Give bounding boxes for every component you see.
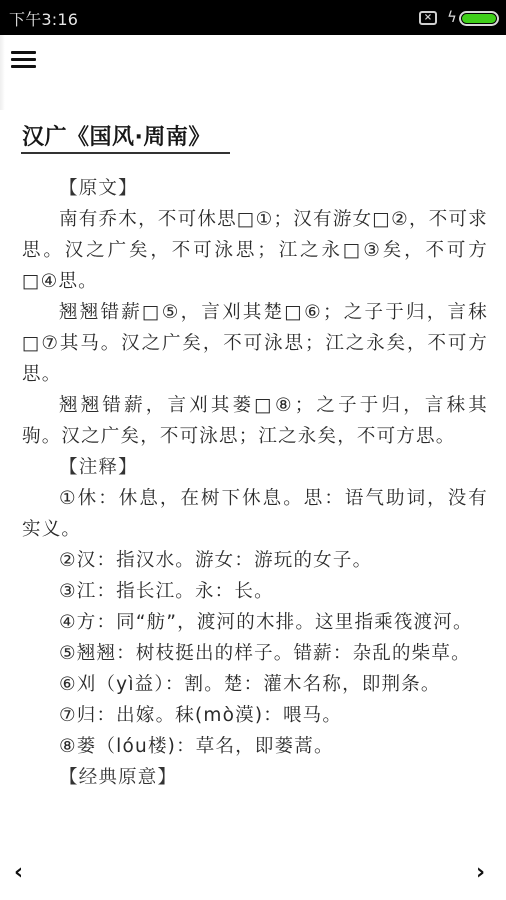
note-8: ⑧蒌（lóu楼)：草名，即蒌蒿。 [22,731,488,762]
note-5: ⑤翘翘：树枝挺出的样子。错薪：杂乱的柴草。 [22,638,488,669]
title-underline [21,152,230,154]
next-page-chevron-right-icon[interactable]: › [476,860,485,885]
status-time: 下午3:16 [9,7,78,30]
note-4: ④方：同“舫”，渡河的木排。这里指乘筏渡河。 [22,607,488,638]
stanza-1: 南有乔木，不可休思□①；汉有游女□②，不可求思。汉之广矣，不可泳思；江之永□③矣… [22,204,488,297]
lightning-bolt-icon: ϟ [447,8,457,26]
menu-line [11,58,36,61]
note-7: ⑦归：出嫁。秣(mò漠)：喂马。 [22,700,488,731]
section-heading-meaning: 【经典原意】 [22,762,488,793]
menu-line [11,51,36,54]
note-1: ①休：休息，在树下休息。思：语气助词，没有实义。 [22,483,488,545]
section-heading-original: 【原文】 [22,173,488,204]
stanza-2: 翘翘错薪□⑤，言刈其楚□⑥；之子于归，言秣□⑦其马。汉之广矣，不可泳思；江之永矣… [22,297,488,390]
status-bar: 下午3:16 × ϟ [0,0,506,35]
note-2: ②汉：指汉水。游女：游玩的女子。 [22,545,488,576]
section-heading-notes: 【注释】 [22,452,488,483]
note-6: ⑥刈（yì益）：割。楚：灌木名称，即荆条。 [22,669,488,700]
app-bar [0,35,506,85]
article-body: 【原文】 南有乔木，不可休思□①；汉有游女□②，不可求思。汉之广矣，不可泳思；江… [22,173,488,793]
drawer-edge[interactable] [0,35,5,110]
previous-page-chevron-left-icon[interactable]: ‹ [14,860,23,885]
menu-line [11,65,36,68]
battery-full-icon [459,11,499,26]
sim-disabled-icon: × [419,11,437,25]
battery-level [462,14,496,23]
article-title: 汉广《国风·周南》 [22,120,211,151]
stanza-3: 翘翘错薪，言刈其蒌□⑧；之子于归，言秣其驹。汉之广矣，不可泳思；江之永矣，不可方… [22,390,488,452]
hamburger-menu-icon[interactable] [8,46,38,72]
note-3: ③江：指长江。永：长。 [22,576,488,607]
